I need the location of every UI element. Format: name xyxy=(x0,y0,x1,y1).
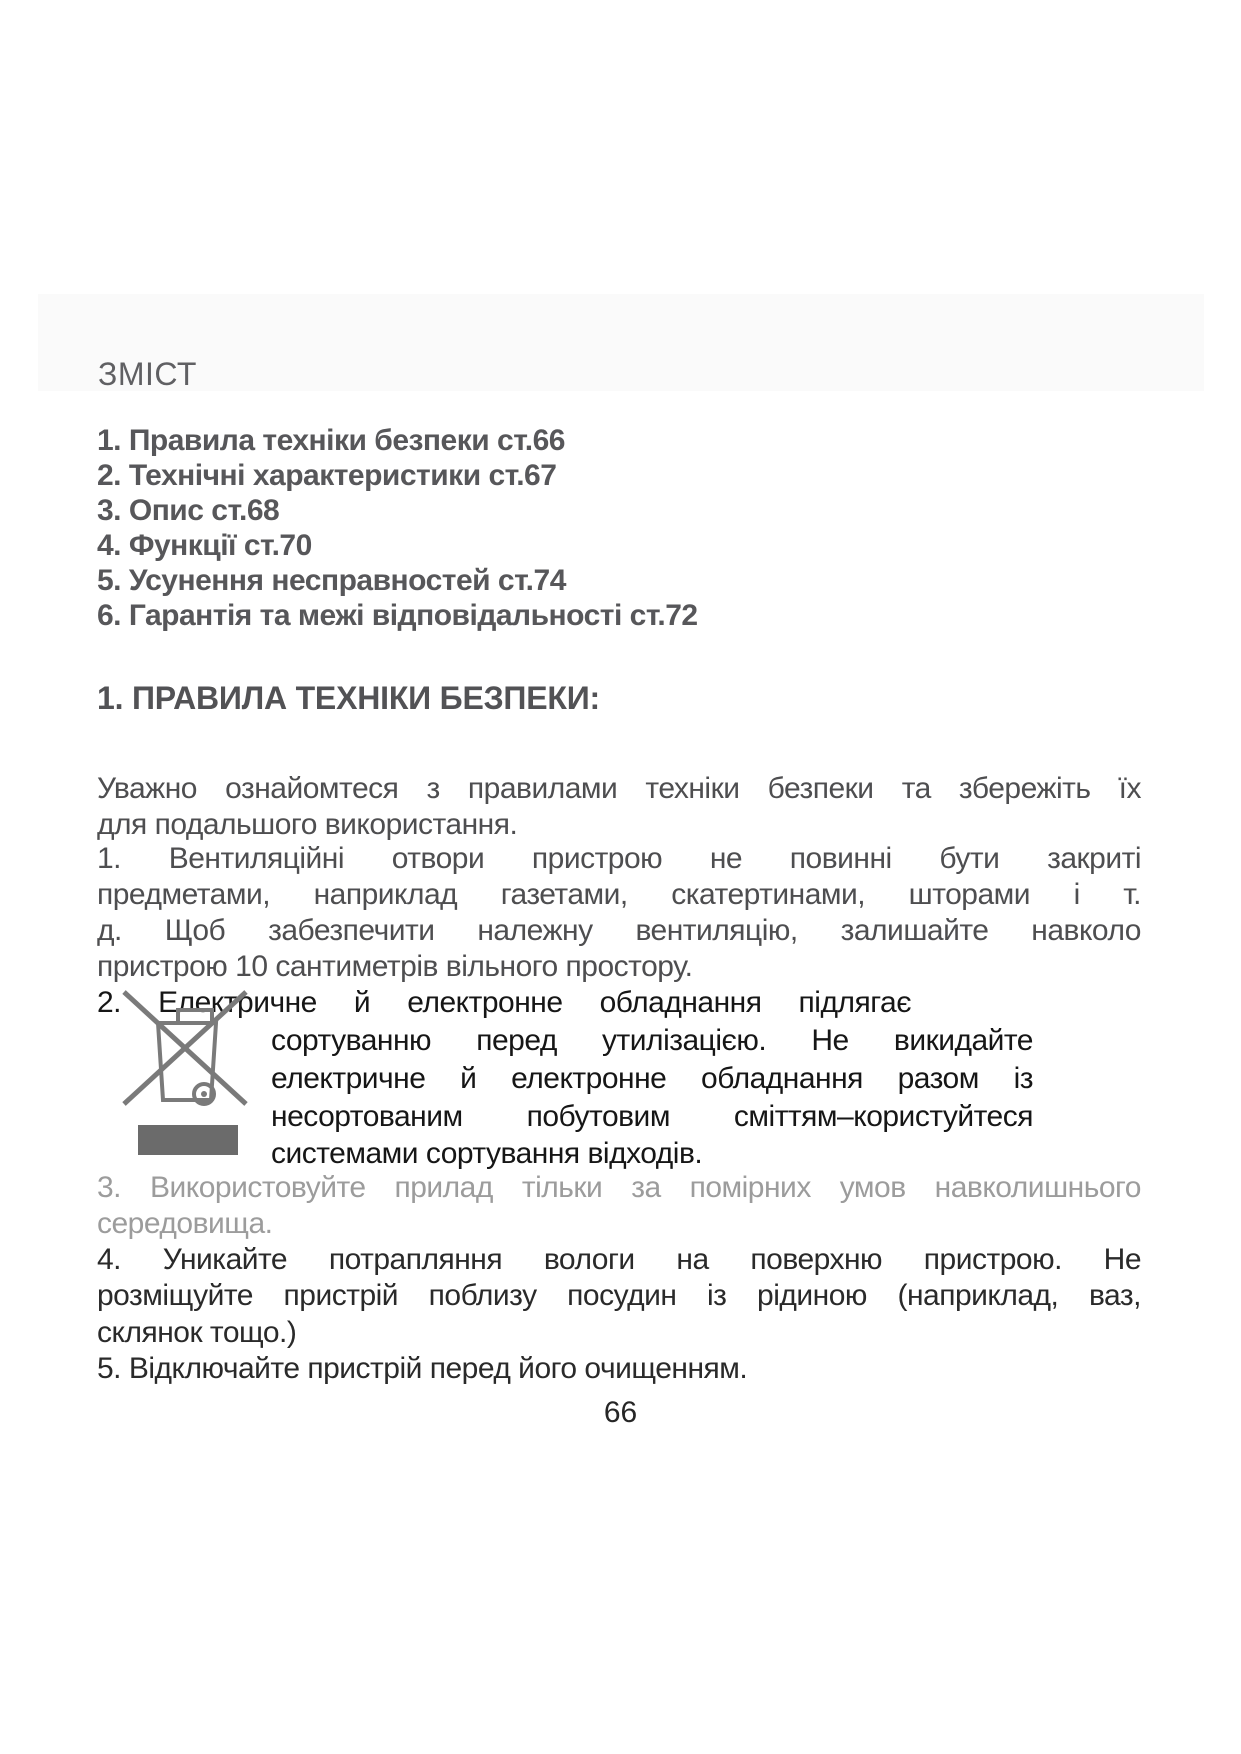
safety-rule-2-indented-block: сортуванню перед утилізацією. Не викидай… xyxy=(271,1022,1033,1173)
safety-rule-1: 1. Вентиляційні отвори пристрою не повин… xyxy=(97,841,1141,985)
toc-item: 3. Опис ст.68 xyxy=(97,494,698,529)
intro-line: для подальшого використання. xyxy=(97,807,1141,843)
rule2-line: несортованим побутовим сміттям–користуйт… xyxy=(271,1098,1033,1136)
toc-item: 6. Гарантія та межі відповідальності ст.… xyxy=(97,599,698,634)
rule3-line: середовища. xyxy=(97,1206,1141,1242)
weee-crossed-out-wheelie-bin-icon xyxy=(116,982,254,1162)
safety-rule-5: 5. Відключайте пристрій перед його очище… xyxy=(97,1351,1141,1387)
table-of-contents: 1. Правила техніки безпеки ст.66 2. Техн… xyxy=(97,424,698,633)
rule4-line: розміщуйте пристрій поблизу посудин із р… xyxy=(97,1278,1141,1314)
rule4-line: склянок тощо.) xyxy=(97,1315,1141,1351)
intro-line: Уважно ознайомтеся з правилами техніки б… xyxy=(97,771,1141,807)
weee-bin-svg xyxy=(116,982,254,1162)
toc-item: 4. Функції ст.70 xyxy=(97,529,698,564)
toc-item: 1. Правила техніки безпеки ст.66 xyxy=(97,424,698,459)
section-heading-safety-rules: 1. ПРАВИЛА ТЕХНІКИ БЕЗПЕКИ: xyxy=(97,680,600,717)
rule3-line: 3. Використовуйте прилад тільки за помір… xyxy=(97,1170,1141,1206)
safety-rule-3: 3. Використовуйте прилад тільки за помір… xyxy=(97,1170,1141,1242)
safety-intro-paragraph: Уважно ознайомтеся з правилами техніки б… xyxy=(97,771,1141,842)
rule4-line: 4. Уникайте потрапляння вологи на поверх… xyxy=(97,1242,1141,1278)
rule1-line: пристрою 10 сантиметрів вільного простор… xyxy=(97,949,1141,985)
rule1-line: предметами, наприклад газетами, скатерти… xyxy=(97,877,1141,913)
scan-artifact-band xyxy=(38,294,1204,391)
rule2-line: сортуванню перед утилізацією. Не викидай… xyxy=(271,1022,1033,1060)
page-number: 66 xyxy=(0,1396,1241,1430)
toc-title: ЗМІСТ xyxy=(98,356,197,393)
safety-rule-4: 4. Уникайте потрапляння вологи на поверх… xyxy=(97,1242,1141,1351)
toc-item: 2. Технічні характеристики ст.67 xyxy=(97,459,698,494)
rule1-line: 1. Вентиляційні отвори пристрою не повин… xyxy=(97,841,1141,877)
toc-item: 5. Усунення несправностей ст.74 xyxy=(97,564,698,599)
manual-page: ЗМІСТ 1. Правила техніки безпеки ст.66 2… xyxy=(0,0,1241,1754)
rule2-line: системами сортування відходів. xyxy=(271,1135,1033,1173)
rule2-line: електричне й електронне обладнання разом… xyxy=(271,1060,1033,1098)
rule1-line: д. Щоб забезпечити належну вентиляцію, з… xyxy=(97,913,1141,949)
